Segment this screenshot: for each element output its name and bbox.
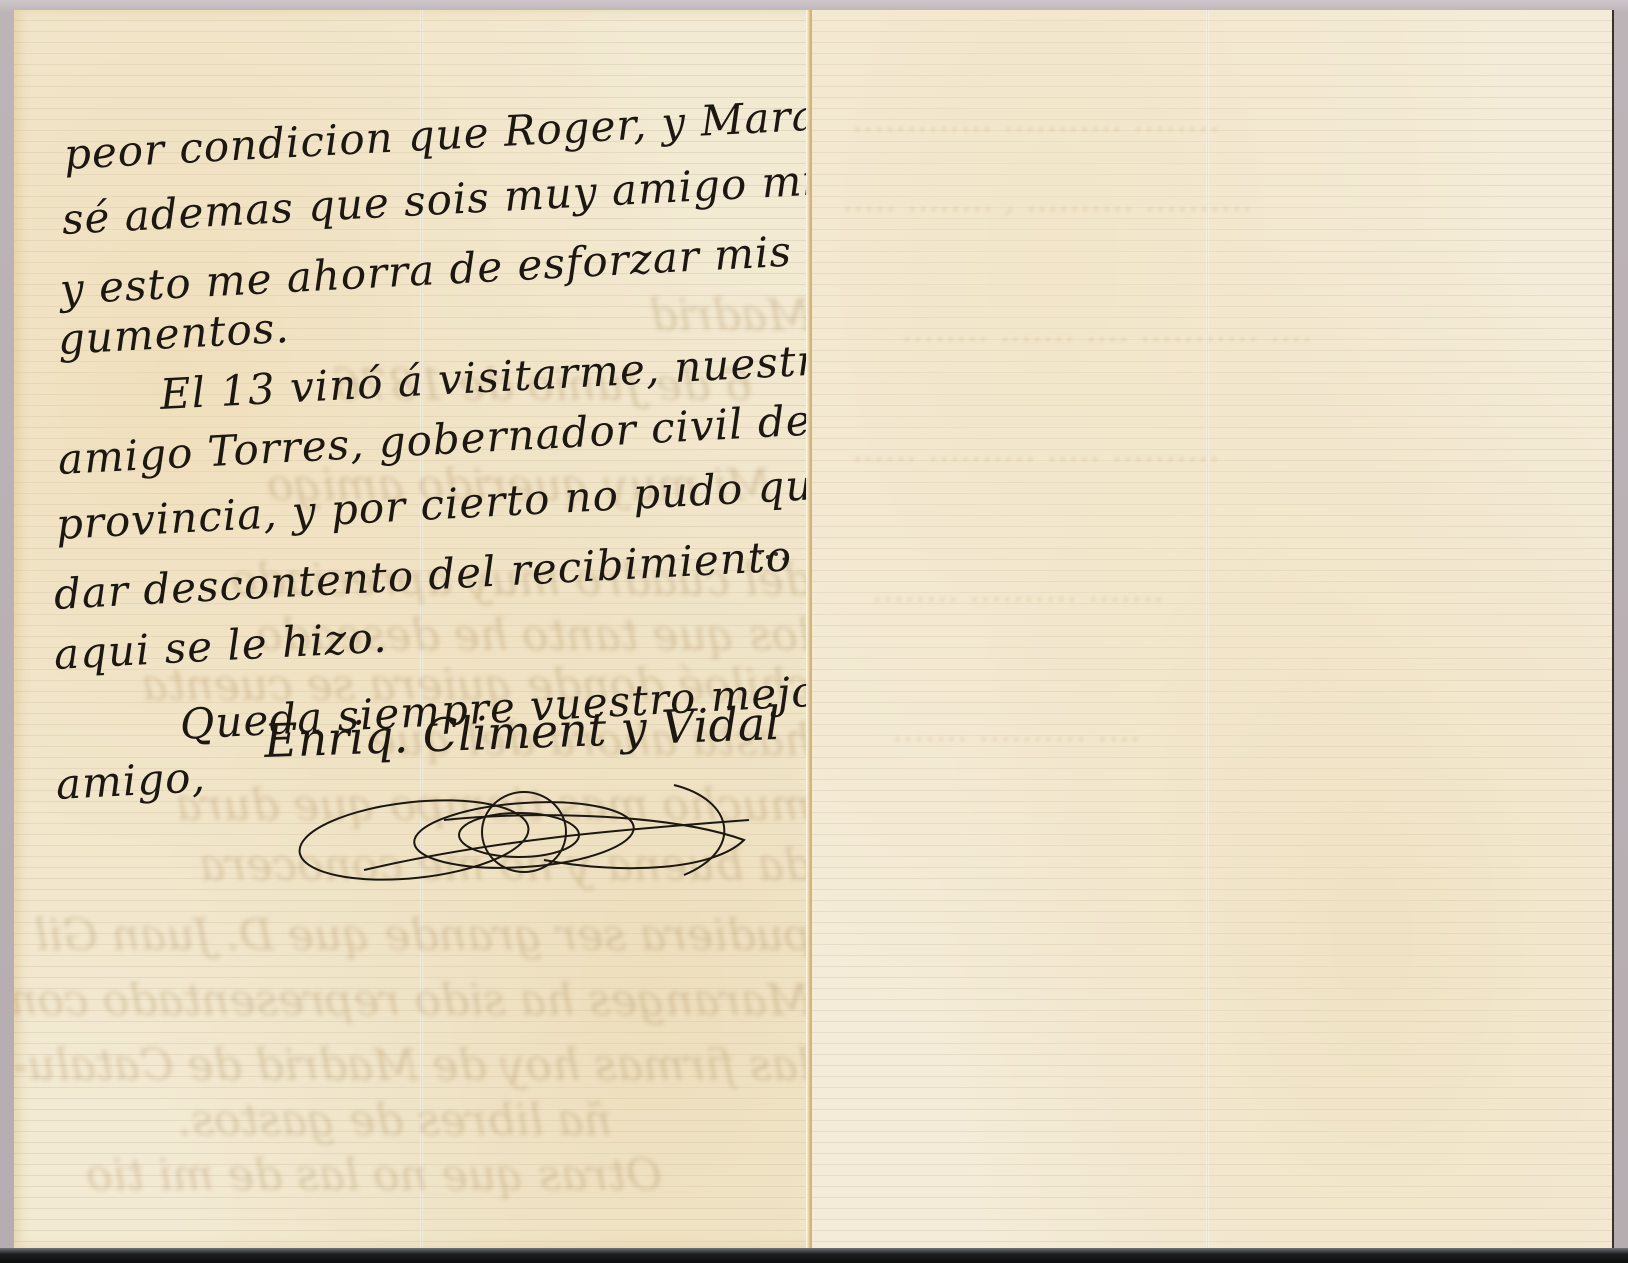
bleed-through-line: Maranges ha sido representado con bbox=[14, 975, 812, 1026]
vertical-fold-crease bbox=[1206, 10, 1209, 1248]
show-through-text: ..... ........ , .......... .......... bbox=[842, 180, 1614, 220]
scan-bottom-edge bbox=[0, 1248, 1628, 1263]
bleed-through-line: Otras que no las de mi tio bbox=[14, 1150, 662, 1201]
show-through-text: ............. ........... ........ bbox=[852, 100, 1614, 140]
ink-specks-icon bbox=[754, 545, 794, 565]
right-page: ............. ........... ........ .....… bbox=[812, 10, 1614, 1248]
signature-flourish-icon bbox=[294, 780, 754, 890]
left-page: Madrid 6 de Junio de 1876 Mi muy querido… bbox=[14, 10, 812, 1248]
show-through-text: ....... .......... .... bbox=[892, 710, 1614, 750]
show-through-text: ........ ....... .... ........... .... bbox=[902, 310, 1614, 350]
bleed-through-line: pudiera ser grande que D. Juan Gil bbox=[14, 910, 812, 961]
show-through-text: ........ .......... ....... bbox=[872, 570, 1614, 610]
show-through-text: ...... .......... ..... .......... bbox=[852, 430, 1614, 470]
letter-line: amigo, bbox=[55, 752, 207, 809]
bleed-through-line: las firmas hoy de Madrid de Catalu- bbox=[14, 1040, 812, 1091]
bleed-through-line: ña libres de gastos. bbox=[14, 1095, 612, 1146]
letter-line: aqui se le hizo. bbox=[53, 613, 389, 679]
